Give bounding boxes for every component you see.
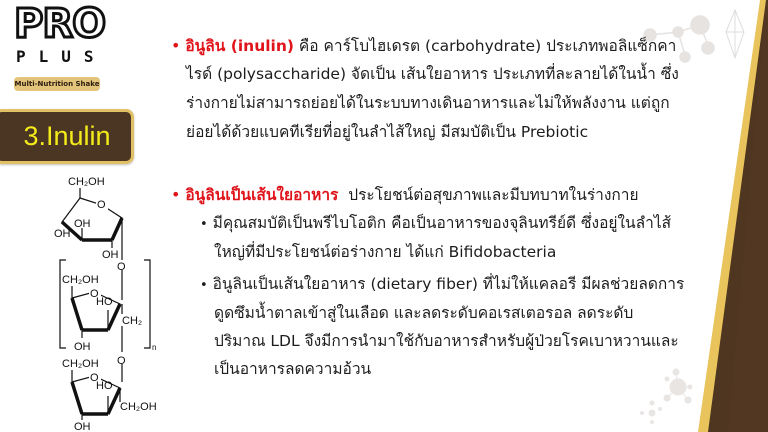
ch2oh-label: CH₂OH <box>68 176 105 188</box>
oh-label: OH <box>54 228 71 240</box>
term-dietary-fiber: อินูลินเป็นเส้นใยอาหาร <box>185 186 338 204</box>
logo-brand: PRO <box>14 2 105 46</box>
text-line: ดูดซึมน้ำตาลเข้าสู่ในเลือด และลดระดับคอเ… <box>214 299 633 328</box>
ch2oh-label: CH₂OH <box>120 401 157 413</box>
bullet: • <box>171 185 180 204</box>
link-oxygen-label: O <box>117 355 126 367</box>
subitem-2: • อินูลินเป็นเส้นใยอาหาร (dietary fiber)… <box>200 270 684 300</box>
repeat-n-label: n <box>152 343 156 352</box>
text-line: ร่างกายไม่สามารถย่อยได้ในระบบทางเดินอาหา… <box>186 89 670 118</box>
text-line: มีคุณสมบัติเป็นพรีไบโอติก คือเป็นอาหารขอ… <box>213 214 672 232</box>
ch2oh-label: CH₂OH <box>62 274 99 286</box>
decorative-molecule-icon <box>640 365 710 430</box>
text-line: ไรด์ (polysaccharide) จัดเป็น เส้นใยอาหา… <box>186 60 679 89</box>
logo-sub: PLUS <box>16 48 107 66</box>
ho-label: HO <box>96 296 113 308</box>
text-line: ประโยชน์ต่อสุขภาพและมีบทบาทในร่างกาย <box>338 186 638 204</box>
term-inulin: อินูลิน (inulin) <box>185 37 294 55</box>
ch2-label: CH₂ <box>122 315 142 327</box>
ho-label: HO <box>96 380 113 392</box>
ch2oh-label: CH₂OH <box>62 358 99 370</box>
text-line: เป็นอาหารลดความอ้วน <box>214 355 371 384</box>
text-line: ปริมาณ LDL จึงมีการนำมาใช้กับอาหารสำหรับ… <box>214 327 679 356</box>
paragraph-2-heading: • อินูลินเป็นเส้นใยอาหาร ประโยชน์ต่อสุขภ… <box>171 180 639 210</box>
text-line: ใหญ่ที่มีประโยชน์ต่อร่างกาย ได้แก่ Bifid… <box>214 238 556 267</box>
section-title: 3.Inulin <box>0 109 134 164</box>
subitem-1: • มีคุณสมบัติเป็นพรีไบโอติก คือเป็นอาหาร… <box>200 209 671 239</box>
text-line: อินูลินเป็นเส้นใยอาหาร (dietary fiber) ท… <box>213 275 685 293</box>
oh-label: OH <box>74 341 91 353</box>
link-oxygen-label: O <box>117 261 126 273</box>
oh-label: OH <box>102 249 119 261</box>
paragraph-1: • อินูลิน (inulin) คือ คาร์โบไฮเดรต (car… <box>171 31 676 61</box>
oh-label: OH <box>74 421 91 432</box>
ring-oxygen-label: O <box>97 199 106 211</box>
bullet: • <box>200 278 208 293</box>
inulin-structure-diagram: O CH₂OH OH OH OH O CH₂OH O HO CH₂ OH n O… <box>40 170 170 432</box>
text-line: คือ คาร์โบไฮเดรต (carbohydrate) ประเภทพอ… <box>294 37 676 55</box>
bullet: • <box>171 36 180 55</box>
text-line: ย่อยได้ด้วยแบคทีเรียที่อยู่ในลำไส้ใหญ่ ม… <box>186 118 588 147</box>
bullet: • <box>200 217 208 232</box>
logo-tagline: Multi-Nutrition Shake <box>14 77 100 91</box>
oh-label: OH <box>74 218 91 230</box>
